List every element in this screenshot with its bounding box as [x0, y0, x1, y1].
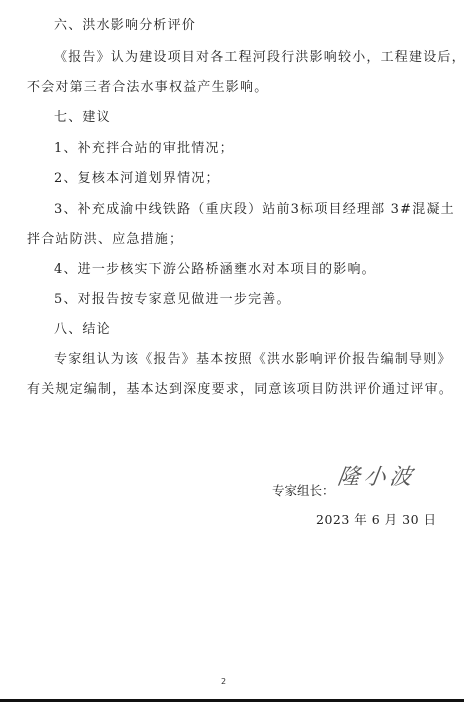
heading-section-7: 七、建议 — [54, 110, 111, 126]
list-item-3-continued: 拌合站防洪、应急措施； — [27, 232, 183, 248]
paragraph-line: 《报告》认为建设项目对各工程河段行洪影响较小，工程建设后， — [54, 50, 464, 66]
signature-date: 2023 年 6 月 30 日 — [316, 510, 437, 528]
list-item-1: 1、补充拌合站的审批情况； — [54, 141, 234, 157]
list-item-5: 5、对报告按专家意见做进一步完善。 — [54, 292, 291, 308]
list-item-2: 2、复核本河道划界情况； — [54, 171, 220, 187]
paragraph-line: 不会对第三者合法水事权益产生影响。 — [27, 80, 268, 96]
conclusion-line: 专家组认为该《报告》基本按照《洪水影响评价报告编制导则》 — [54, 352, 452, 368]
page-number: 2 — [221, 677, 226, 686]
list-item-4: 4、进一步核实下游公路桥涵壅水对本项目的影响。 — [54, 262, 376, 278]
signature-label: 专家组长： — [272, 481, 335, 499]
heading-section-8: 八、结论 — [54, 322, 111, 338]
conclusion-line: 有关规定编制，基本达到深度要求，同意该项目防洪评价通过评审。 — [27, 382, 453, 398]
list-item-3: 3、补充成渝中线铁路（重庆段）站前3标项目经理部 3#混凝土 — [54, 202, 455, 218]
handwritten-signature: 隆小波 — [336, 460, 418, 491]
heading-section-6: 六、洪水影响分析评价 — [54, 18, 196, 34]
